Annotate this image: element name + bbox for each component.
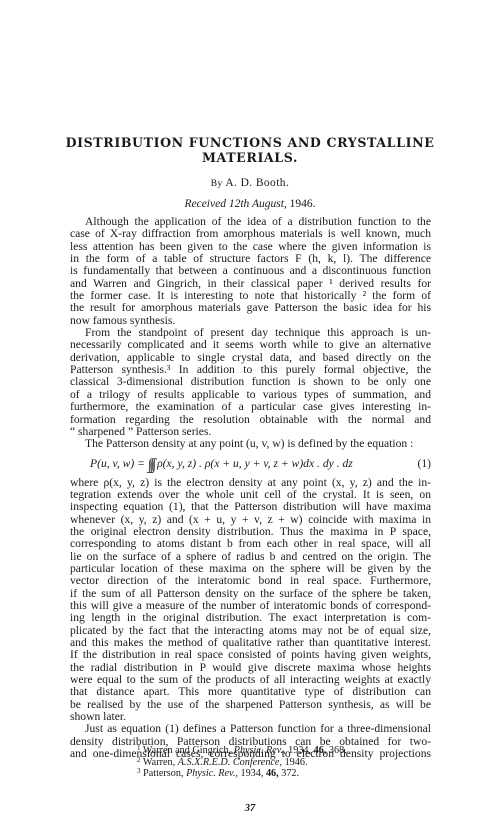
received-year: 1946. [290, 198, 316, 210]
body-line: necessarily complicated and it seems wor… [70, 339, 431, 351]
body-line: case of X-ray diffraction from amorphous… [70, 228, 431, 240]
footnote-mark: 2 [137, 756, 141, 764]
body-line: that distance apart. This more quantitat… [70, 686, 431, 698]
body-text: Although the application of the idea of … [70, 216, 431, 760]
body-line: Just as equation (1) defines a Patterson… [70, 723, 431, 735]
footnote-mark: 1 [137, 744, 141, 752]
body-line: furthermore, the examination of a partic… [70, 401, 431, 413]
paper-page: DISTRIBUTION FUNCTIONS AND CRYSTALLINE M… [0, 0, 500, 819]
footnote-journal: Physic. Rev., [186, 768, 238, 779]
body-line: The Patterson density at any point (u, v… [70, 438, 431, 450]
triple-integral-symbol: ∫∫∫ [148, 457, 154, 473]
footnote-page: 372. [281, 768, 299, 779]
received-date: Received 12th August, 1946. [0, 198, 500, 210]
body-line: formation regarding the resolution obtai… [70, 414, 431, 426]
paper-title-line-1: DISTRIBUTION FUNCTIONS AND CRYSTALLINE [60, 135, 440, 150]
body-line: If the distribution in real space consis… [70, 649, 431, 661]
page-number: 37 [0, 803, 500, 814]
body-line: inspecting equation (1), that the Patter… [70, 501, 431, 513]
footnote-mark: 3 [137, 767, 141, 775]
footnote-volume: 46, [314, 745, 327, 756]
body-line: is fundamentally that between a continuo… [70, 265, 431, 277]
paper-title-line-2: MATERIALS. [60, 150, 440, 165]
body-line: ing length in the original distribution.… [70, 612, 431, 624]
equation-number: (1) [417, 458, 431, 470]
received-day-month: 12th August, [229, 198, 287, 210]
footnote-3: 3 Patterson, Physic. Rev., 1934, 46, 372… [137, 766, 299, 780]
body-line: the result for amorphous materials gave … [70, 302, 431, 314]
equation-1: P(u, v, w) = ∫∫∫ ρ(x, y, z) . ρ(x + u, y… [70, 451, 431, 477]
body-line: corresponding to atoms distant b from ea… [70, 538, 431, 550]
footnote-year: 1934, [240, 768, 263, 779]
footnote-author: Patterson, [143, 768, 183, 779]
author-name: A. D. Booth. [225, 177, 289, 189]
body-line: classical 3-dimensional distribution fun… [70, 376, 431, 388]
received-label: Received [184, 198, 226, 210]
equation-rhs: ρ(x, y, z) . ρ(x + u, y + v, z + w)dx . … [157, 457, 353, 470]
footnote-volume: 46, [266, 768, 279, 779]
byline-prefix: By [211, 179, 223, 189]
footnote-page: 368. [329, 745, 347, 756]
author-byline: By A. D. Booth. [0, 177, 500, 189]
body-line: vector direction of the interatomic bond… [70, 575, 431, 587]
equation-expression: P(u, v, w) = ∫∫∫ ρ(x, y, z) . ρ(x + u, y… [90, 458, 353, 471]
equation-lhs: P(u, v, w) = [90, 457, 145, 470]
